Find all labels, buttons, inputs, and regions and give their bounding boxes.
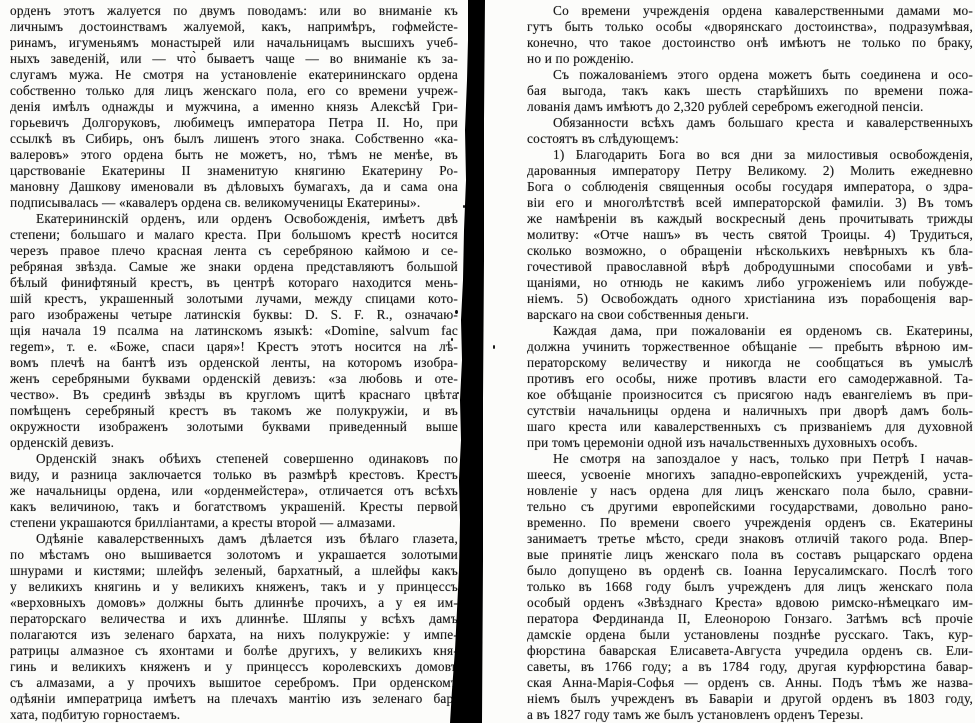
ink-speck bbox=[493, 345, 495, 349]
text-line: валеровъ» этого ордена быть не можетъ, н… bbox=[10, 147, 458, 163]
text-line: орденскій девизъ. bbox=[10, 435, 458, 451]
text-line: новленіе у насъ ордена для лицъ женскаго… bbox=[527, 483, 973, 499]
text-line: конечно, что такое достоинство онѣ имѣют… bbox=[527, 35, 973, 51]
text-line: только въ 1668 году былъ учрежденъ для л… bbox=[527, 579, 973, 595]
text-line: женъ серебряными буквами орденскій девиз… bbox=[10, 371, 458, 387]
text-line: ніемъ. 5) Освобождать одного христіанина… bbox=[527, 291, 973, 307]
text-line: подписывалась — «кавалеръ ордена св. вел… bbox=[10, 195, 458, 211]
text-line: хата, подбитую горностаемъ. bbox=[10, 707, 458, 723]
text-line: степени украшаются брилліантами, а крест… bbox=[10, 515, 458, 531]
text-line: съ алмазами, а у прочихъ вышитое серебро… bbox=[10, 675, 458, 691]
text-line: вые принятіе лицъ женскаго пола въ соста… bbox=[527, 547, 973, 563]
text-line: тельно съ другими европейскими государст… bbox=[527, 499, 973, 515]
text-line: мановну Дашкову именовали въ дѣловыхъ бу… bbox=[10, 179, 458, 195]
text-line: денія имѣлъ однажды и мужчина, а именно … bbox=[10, 99, 458, 115]
text-line: занимаетъ третье мѣсто, среди знаковъ от… bbox=[527, 531, 973, 547]
ink-speck bbox=[463, 205, 465, 208]
text-line: ратрицы алмазное съ яхонтами и болѣе дру… bbox=[10, 643, 458, 659]
text-line: собственно только для лицъ женскаго пола… bbox=[10, 83, 458, 99]
text-line: саветы, въ 1766 году; а въ 1784 году, др… bbox=[527, 659, 973, 675]
text-line: «верховныхъ домовъ» должны быть длиннѣе … bbox=[10, 595, 458, 611]
text-line: Одѣяніе кавалерственныхъ дамъ дѣлается и… bbox=[10, 531, 458, 547]
text-line: ская Анна-Марія-Софья — орденъ св. Анны.… bbox=[527, 675, 973, 691]
text-line: кое обѣщаніе произносится съ присягою на… bbox=[527, 387, 973, 403]
text-line: Каждая дама, при пожалованіи ея орденомъ… bbox=[527, 323, 973, 339]
text-line: Екатерининскій орденъ, или орденъ Освобо… bbox=[10, 211, 458, 227]
text-line: при томъ церемоніи одной изъ начальствен… bbox=[527, 435, 973, 451]
text-line: гочестивой православной вѣрѣ добродушным… bbox=[527, 259, 973, 275]
text-line: сколько возможно, о обращеніи нѣскольких… bbox=[527, 243, 973, 259]
text-line: личнымъ достоинствамъ жалуемой, какъ, на… bbox=[10, 19, 458, 35]
text-line: сутствіи начальницы ордена и наличныхъ п… bbox=[527, 403, 973, 419]
text-line: раго изображены четыре латинскія буквы: … bbox=[10, 307, 458, 323]
text-line: віи его и многолѣтствѣ всей императорско… bbox=[527, 195, 973, 211]
text-line: степени; большаго и малаго креста. При б… bbox=[10, 227, 458, 243]
text-line: лованія дамъ имѣютъ до 2,320 рублей сере… bbox=[527, 99, 973, 115]
ink-speck bbox=[455, 310, 458, 314]
text-line: дамскіе ордена были установлены позднѣе … bbox=[527, 627, 973, 643]
text-line: ператора Фердинанда II, Елеонорою Гонзаг… bbox=[527, 611, 973, 627]
text-line: вомъ плечѣ на бантѣ изъ орденской ленты,… bbox=[10, 355, 458, 371]
text-line: фюрстина баварская Елисавета-Августа учр… bbox=[527, 643, 973, 659]
text-line: варскаго на свои собственныя деньги. bbox=[527, 307, 973, 323]
text-line: но и по рожденію. bbox=[527, 51, 973, 67]
text-line: окружности изображенъ золотыми буквами п… bbox=[10, 419, 458, 435]
ink-speck bbox=[457, 392, 459, 394]
text-line: гутъ быть только особы «дворянскаго дост… bbox=[527, 19, 973, 35]
text-line: особый орденъ «Звѣзднаго Креста» вдовою … bbox=[527, 595, 973, 611]
left-page-text-column: орденъ этотъ жалуется по двумъ поводамъ:… bbox=[10, 3, 458, 723]
text-line: молитву: «Отче нашъ» въ честь святой Тро… bbox=[527, 227, 973, 243]
text-line: было допущено въ орденѣ св. Іоанна Іерус… bbox=[527, 563, 973, 579]
text-line: Орденскій знакъ обѣихъ степеней совершен… bbox=[10, 451, 458, 467]
text-line: состоятъ въ слѣдующемъ: bbox=[527, 131, 973, 147]
text-line: же намѣреніи въ каждый воскресный день п… bbox=[527, 211, 973, 227]
text-line: а въ 1827 году тамъ же былъ установленъ … bbox=[527, 707, 973, 723]
text-line: помѣщенъ серебряный крестъ въ такомъ же … bbox=[10, 403, 458, 419]
text-line: шій крестъ, украшенный золотыми лучами, … bbox=[10, 291, 458, 307]
text-line: Съ пожалованіемъ этого ордена можетъ быт… bbox=[527, 67, 973, 83]
text-line: Не смотря на запоздалое у насъ, только п… bbox=[527, 451, 973, 467]
text-line: противъ его особы, ниже противъ власти е… bbox=[527, 371, 973, 387]
ink-speck bbox=[451, 338, 453, 341]
text-line: полагаются изъ зеленаго бархата, на нихъ… bbox=[10, 627, 458, 643]
text-line: какъ величиною, такъ и богатствомъ украш… bbox=[10, 499, 458, 515]
text-line: шееся, усвоеніе многихъ западно-европейс… bbox=[527, 467, 973, 483]
text-line: шнурами и кистями; шлейфъ зеленый, барха… bbox=[10, 563, 458, 579]
text-line: у великихъ княгинь и у великихъ княженъ,… bbox=[10, 579, 458, 595]
text-line: бѣлый финифтяный крестъ, въ центрѣ котор… bbox=[10, 275, 458, 291]
text-line: царствованіе Екатерины II знаменитую кня… bbox=[10, 163, 458, 179]
text-line: бая выгода, такъ какъ шесть старѣйшихъ п… bbox=[527, 83, 973, 99]
text-line: щія начала 19 псалма на латинскомъ языкѣ… bbox=[10, 323, 458, 339]
text-line: же начальницы ордена, или «орденмейстера… bbox=[10, 483, 458, 499]
text-line: ператорскаго величества и ихъ длиннѣе. Ш… bbox=[10, 611, 458, 627]
text-line: дарованныя императору Петру Великому. 2)… bbox=[527, 163, 973, 179]
text-line: одѣяніи императрица имѣетъ на плечахъ ма… bbox=[10, 691, 458, 707]
text-line: по мѣстамъ оно вышивается золотомъ и укр… bbox=[10, 547, 458, 563]
text-line: шаго креста или кавалерственныхъ съ приз… bbox=[527, 419, 973, 435]
text-line: слугамъ мужа. Не смотря на установленіе … bbox=[10, 67, 458, 83]
book-page-scan: орденъ этотъ жалуется по двумъ поводамъ:… bbox=[0, 0, 975, 723]
text-line: чество». Въ срединѣ звѣзды въ кругломъ щ… bbox=[10, 387, 458, 403]
text-line: щаніями, но отнюдь не какимъ либо угроже… bbox=[527, 275, 973, 291]
text-line: ребряная звѣзда. Самые же знаки ордена п… bbox=[10, 259, 458, 275]
text-line: ператорскому величеству и никогда не соо… bbox=[527, 355, 973, 371]
text-line: ніемъ былъ учрежденъ въ Баваріи и другой… bbox=[527, 691, 973, 707]
text-line: виду, и разница заключается только въ ра… bbox=[10, 467, 458, 483]
text-line: 1) Благодарить Бога во вся дни за милост… bbox=[527, 147, 973, 163]
text-line: гинь и великихъ княженъ и у принцессъ ко… bbox=[10, 659, 458, 675]
text-line: Обязанности всѣхъ дамъ большаго креста и… bbox=[527, 115, 973, 131]
text-line: черезъ правое плечо красная лента съ сер… bbox=[10, 243, 458, 259]
text-line: ссылкѣ въ Сибирь, онъ былъ лишенъ этого … bbox=[10, 131, 458, 147]
text-line: временно. По времени своего учрежденія о… bbox=[527, 515, 973, 531]
right-page-text-column: Со времени учрежденія ордена кавалерстве… bbox=[527, 3, 973, 723]
text-line: Бога о соблюденія священныя особы госуда… bbox=[527, 179, 973, 195]
text-line: должна учинить торжественное обѣщаніе — … bbox=[527, 339, 973, 355]
text-line: ринамъ, игуменьямъ монастырей или началь… bbox=[10, 35, 458, 51]
text-line: regem», т. е. «Боже, спаси царя»! Крестъ… bbox=[10, 339, 458, 355]
text-line: ныхъ заведеній, или — что̀ бываетъ чаще … bbox=[10, 51, 458, 67]
text-line: горьевичъ Долгоруковъ, любимецъ императо… bbox=[10, 115, 458, 131]
text-line: Со времени учрежденія ордена кавалерстве… bbox=[527, 3, 973, 19]
text-line: орденъ этотъ жалуется по двумъ поводамъ:… bbox=[10, 3, 458, 19]
